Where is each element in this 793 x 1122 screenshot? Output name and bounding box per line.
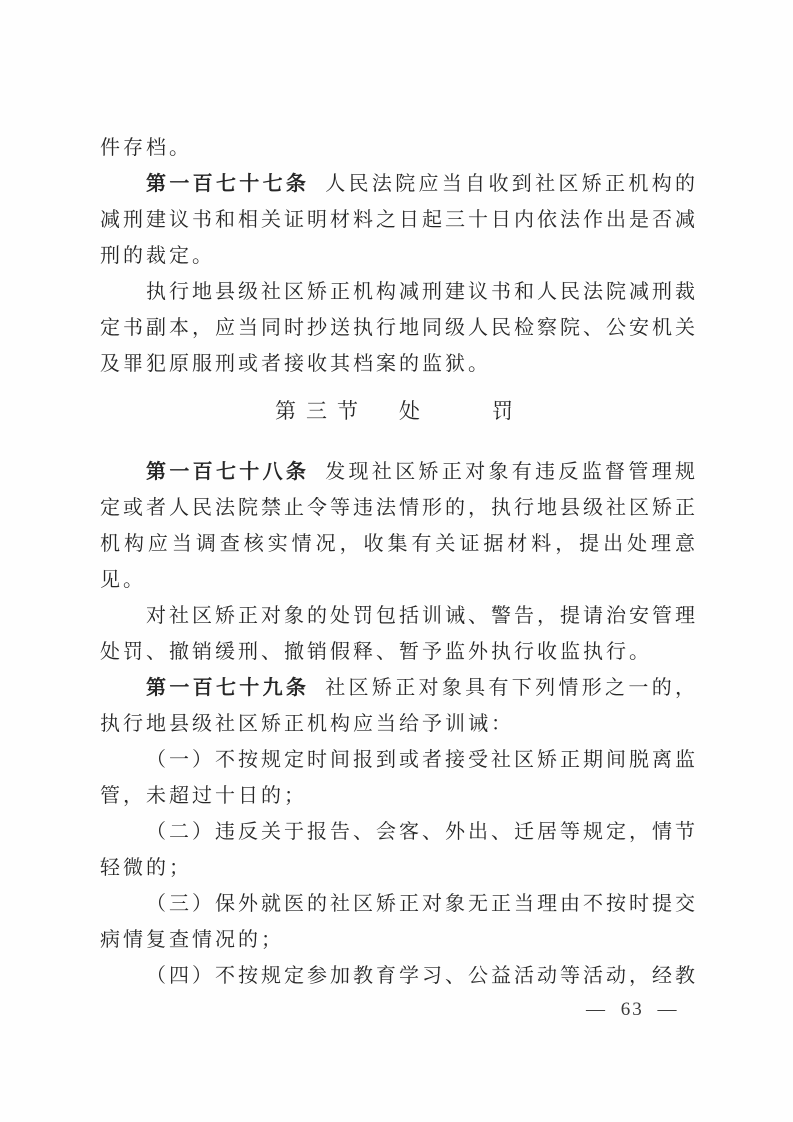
paragraph-continuation: 件存档。 [100, 130, 698, 166]
document-page: 件存档。 第一百七十七条人民法院应当自收到社区矫正机构的减刑建议书和相关证明材料… [0, 0, 793, 1122]
page-number: — 63 — [586, 997, 679, 1023]
section-heading: 第三节 处 罚 [100, 393, 698, 429]
paragraph-body: 对社区矫正对象的处罚包括训诫、警告，提请治安管理处罚、撤销缓刑、撤销假释、暂予监… [100, 598, 698, 670]
list-item-4: （四）不按规定参加教育学习、公益活动等活动，经教 [100, 958, 698, 994]
paragraph-text: （四）不按规定参加教育学习、公益活动等活动，经教 [146, 965, 698, 987]
paragraph-article-178: 第一百七十八条发现社区矫正对象有违反监督管理规定或者人民法院禁止令等违法情形的，… [100, 454, 698, 598]
list-item-1: （一）不按规定时间报到或者接受社区矫正期间脱离监管，未超过十日的； [100, 742, 698, 814]
paragraph-body: 执行地县级社区矫正机构减刑建议书和人民法院减刑裁定书副本，应当同时抄送执行地同级… [100, 274, 698, 382]
paragraph-text: 对社区矫正对象的处罚包括训诫、警告，提请治安管理处罚、撤销缓刑、撤销假释、暂予监… [100, 605, 698, 663]
paragraph-text: （一）不按规定时间报到或者接受社区矫正期间脱离监管，未超过十日的； [100, 749, 698, 807]
paragraph-article-179: 第一百七十九条社区矫正对象具有下列情形之一的，执行地县级社区矫正机构应当给予训诫… [100, 670, 698, 742]
paragraph-text: 件存档。 [100, 137, 192, 159]
document-content: 件存档。 第一百七十七条人民法院应当自收到社区矫正机构的减刑建议书和相关证明材料… [100, 130, 698, 994]
article-number-177: 第一百七十七条 [146, 173, 309, 195]
paragraph-text: 执行地县级社区矫正机构减刑建议书和人民法院减刑裁定书副本，应当同时抄送执行地同级… [100, 281, 698, 375]
article-number-179: 第一百七十九条 [146, 677, 309, 699]
list-item-2: （二）违反关于报告、会客、外出、迁居等规定，情节轻微的； [100, 814, 698, 886]
list-item-3: （三）保外就医的社区矫正对象无正当理由不按时提交病情复查情况的； [100, 886, 698, 958]
paragraph-text: （二）违反关于报告、会客、外出、迁居等规定，情节轻微的； [100, 821, 698, 879]
paragraph-text: （三）保外就医的社区矫正对象无正当理由不按时提交病情复查情况的； [100, 893, 698, 951]
article-number-178: 第一百七十八条 [146, 461, 309, 483]
paragraph-article-177: 第一百七十七条人民法院应当自收到社区矫正机构的减刑建议书和相关证明材料之日起三十… [100, 166, 698, 274]
